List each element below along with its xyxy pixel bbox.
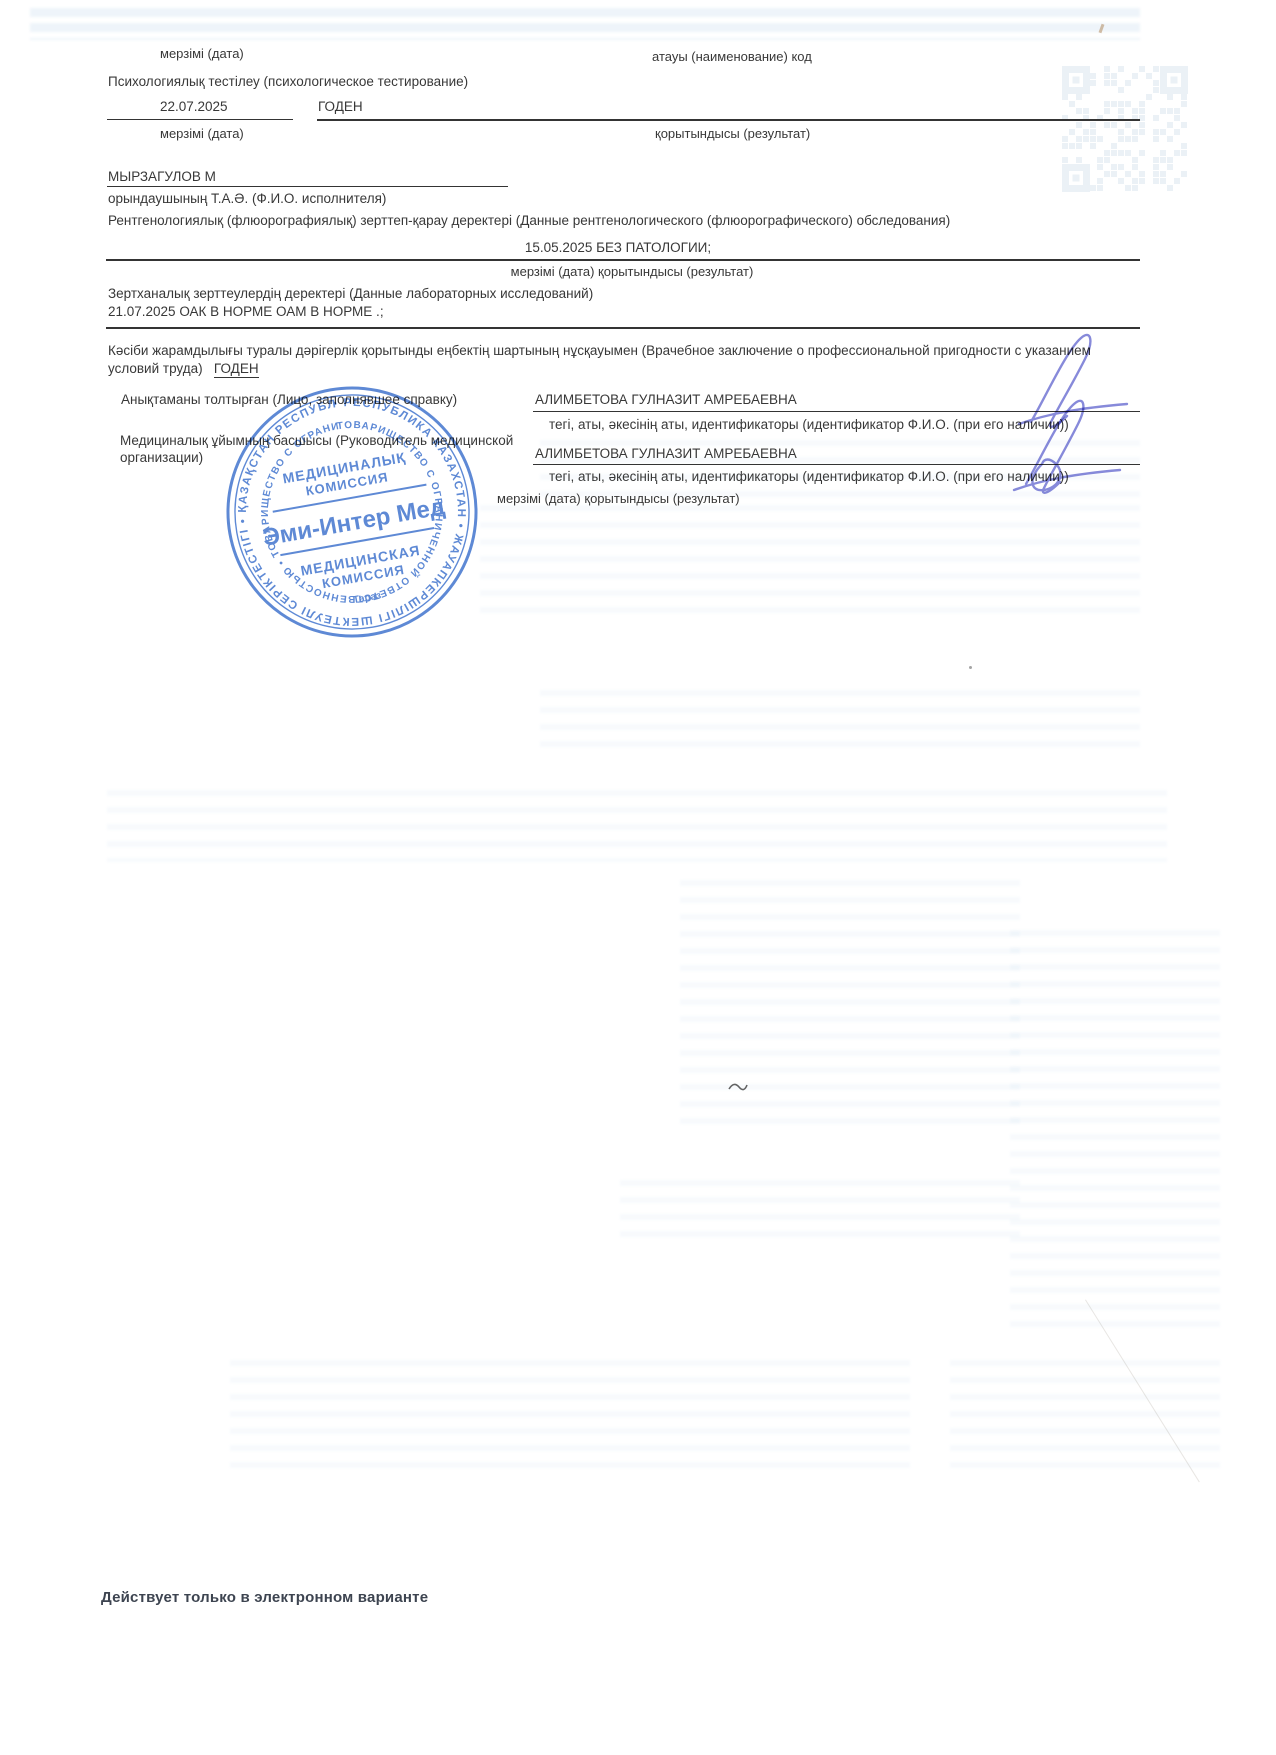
scan-speck <box>1099 24 1105 33</box>
xray-section-title: Рентгенологиялық (флюорографиялық) зертт… <box>108 213 950 228</box>
date-column-label: мерзімі (дата) <box>160 46 244 61</box>
xray-date-result-label: мерзімі (дата) қорытындысы (результат) <box>511 264 754 279</box>
xray-rule <box>106 259 1140 261</box>
bleed-through-band <box>480 505 1140 623</box>
round-stamp-emi-inter-med: • РЕСПУБЛИКА КАЗАХСТАН • ЖАУАПКЕРШІЛІГІ … <box>190 350 514 674</box>
name-code-column-label: атауы (наименование) код <box>652 49 812 64</box>
scan-speck <box>969 666 972 669</box>
result-underline <box>317 119 1140 121</box>
executor-label: орындаушының Т.А.Ә. (Ф.И.О. исполнителя) <box>108 191 386 206</box>
lab-section-title: Зертханалық зерттеулердің деректері (Дан… <box>108 286 593 301</box>
bleed-through-band <box>620 1180 1020 1240</box>
conclusion-line2-prefix: условий труда) <box>108 361 203 376</box>
date-field-label: мерзімі (дата) <box>160 126 244 141</box>
filled-by-caption: тегі, аты, әкесінің аты, идентификаторы … <box>549 417 1069 432</box>
org-head-caption: тегі, аты, әкесінің аты, идентификаторы … <box>549 469 1069 484</box>
stamp-city: Тараз <box>352 590 382 606</box>
bleed-through-band <box>30 8 1140 40</box>
handwritten-signature-2 <box>1008 392 1138 502</box>
lab-result: 21.07.2025 ОАК В НОРМЕ ОАМ В НОРМЕ .; <box>108 304 384 319</box>
psych-testing-title: Психологиялық тестілеу (психологическое … <box>108 74 468 89</box>
conclusion-text-line1: Кәсіби жарамдылығы туралы дәрігерлік қор… <box>108 343 1091 358</box>
org-head-name: АЛИМБЕТОВА ГУЛНАЗИТ АМРЕБАЕВНА <box>535 446 797 461</box>
org-head-date-result-label: мерзімі (дата) қорытындысы (результат) <box>497 491 740 506</box>
bleed-through-band <box>1010 930 1220 1330</box>
scanned-medical-certificate-page: мерзімі (дата) атауы (наименование) код … <box>0 0 1276 1755</box>
org-head-role-line2: организации) <box>120 450 203 465</box>
paper-crease <box>1085 1299 1200 1482</box>
qr-code-ghost <box>1062 66 1188 192</box>
bleed-through-band <box>107 790 1167 862</box>
filled-by-name: АЛИМБЕТОВА ГУЛНАЗИТ АМРЕБАЕВНА <box>535 392 797 407</box>
bleed-through-band <box>950 1360 1220 1470</box>
psych-test-date: 22.07.2025 <box>160 99 228 114</box>
result-field-label: қорытындысы (результат) <box>655 126 810 141</box>
date-underline <box>107 119 293 120</box>
executor-underline <box>107 186 508 187</box>
lab-rule <box>106 327 1140 329</box>
bleed-through-band <box>680 880 1020 1130</box>
bleed-through-band <box>540 690 1140 750</box>
executor-name: МЫРЗАГУЛОВ М <box>108 169 216 184</box>
psych-test-result: ГОДЕН <box>318 99 363 114</box>
pen-mark <box>728 1080 748 1092</box>
conclusion-text-line2: условий труда) ГОДЕН <box>108 361 259 376</box>
bleed-through-band <box>230 1360 910 1470</box>
xray-result: 15.05.2025 БЕЗ ПАТОЛОГИИ; <box>525 240 711 255</box>
footer-validity-note: Действует только в электронном варианте <box>101 1589 428 1606</box>
conclusion-result: ГОДЕН <box>214 361 259 378</box>
